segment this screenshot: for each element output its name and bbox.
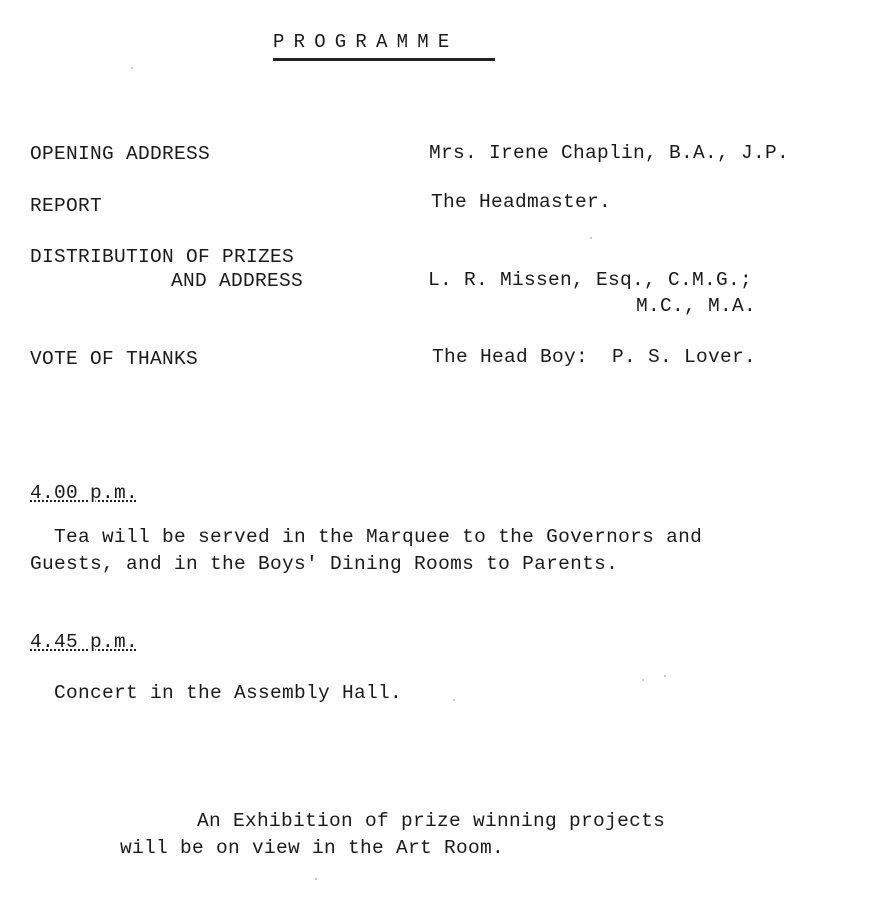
schedule-text-concert: Concert in the Assembly Hall. <box>30 681 402 705</box>
event-opening-address: OPENING ADDRESS <box>30 142 210 166</box>
programme-title: PROGRAMME <box>273 30 458 54</box>
event-report: REPORT <box>30 194 102 218</box>
event-distribution-of-prizes-line2: AND ADDRESS <box>171 269 303 293</box>
title-underline <box>273 58 495 61</box>
event-vote-of-thanks: VOTE OF THANKS <box>30 347 198 371</box>
speaker-distribution: L. R. Missen, Esq., C.M.G.; <box>428 268 752 292</box>
schedule-time-tea: 4.00 p.m. <box>30 481 138 505</box>
paper-speck <box>131 67 133 69</box>
event-distribution-of-prizes: DISTRIBUTION OF PRIZES <box>30 245 294 269</box>
paper-speck <box>642 679 644 681</box>
speaker-report: The Headmaster. <box>431 190 611 214</box>
schedule-time-concert: 4.45 p.m. <box>30 630 138 654</box>
footer-note-line2: will be on view in the Art Room. <box>120 836 504 860</box>
schedule-text-tea-line2: Guests, and in the Boys' Dining Rooms to… <box>30 552 618 576</box>
paper-speck <box>453 699 455 701</box>
schedule-text-tea-line1: Tea will be served in the Marquee to the… <box>30 525 702 549</box>
speaker-distribution-line2: M.C., M.A. <box>636 294 756 318</box>
paper-speck <box>590 237 592 239</box>
speaker-vote-of-thanks: The Head Boy: P. S. Lover. <box>432 345 756 369</box>
footer-note-line1: An Exhibition of prize winning projects <box>197 809 665 833</box>
paper-speck <box>664 675 666 677</box>
paper-speck <box>315 878 317 880</box>
speaker-opening-address: Mrs. Irene Chaplin, B.A., J.P. <box>429 141 789 165</box>
